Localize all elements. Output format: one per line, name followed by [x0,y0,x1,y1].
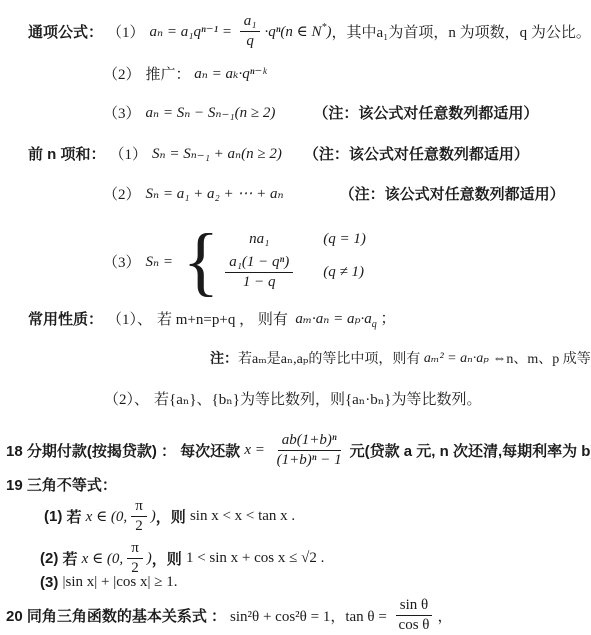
fraction-numerator: sin θ [396,596,432,616]
explanation-text: 元(贷款 a 元, n 次还清,每期利率为 b). [350,440,591,461]
section-heading-trig-identity: 20 同角三角函数的基本关系式 ： [6,605,226,626]
item-label: （2）、 [104,388,149,409]
section-heading-properties: 常用性质： [28,308,103,329]
item-label: （3） [103,251,141,272]
formula: |sin x| + |cos x| ≥ 1. [63,574,178,591]
fraction-numerator: a₁(1 − qⁿ) [225,253,293,273]
fraction-denominator: 2 [131,517,147,536]
ze-text: ，则 [156,506,190,527]
formula-line-trig-1: (1) 若 x ∈ (0, π 2 ) ，则 sin x < x < tan x… [44,495,295,537]
fraction-a1-over-q: a₁ q [240,12,261,51]
fraction-numerator: π [131,497,147,517]
fraction-numerator: ab(1+b)ⁿ [278,431,341,451]
formula-line-properties-2: （2）、 若{aₙ}、{bₙ}为等比数列，则{aₙ·bₙ}为等比数列。 [104,386,481,410]
statement-text: 每次还款 [176,440,244,461]
formula: aₘ² = aₙ·aₚ ⇔ [424,350,507,367]
case-condition: (q ≠ 1) [323,264,364,281]
math-formula-sheet: 通项公式： （1） aₙ = a₁qⁿ⁻¹ = a₁ q ·qⁿ(n ∈ N*)… [0,0,591,635]
formula: Sₙ = a₁ + a₂ + ⋯ + aₙ [146,184,284,203]
section-heading-sum: 前 n 项和： [28,143,106,164]
formula-part: 1 < sin x + cos x ≤ √2 . [186,550,324,567]
ruo-text: 若 [67,506,86,527]
note-text: （注：该公式对任意数列都适用） [340,183,565,204]
fraction-installment: ab(1+b)ⁿ (1+b)ⁿ − 1 [273,431,346,470]
fraction-denominator: (1+b)ⁿ − 1 [273,451,346,470]
piecewise-brace: { [183,226,219,296]
note-tail: n、m、p 成等比。 [506,348,591,368]
fraction-numerator: π [127,539,143,559]
formula-lhs: Sₙ = [146,252,177,271]
formula-part: ， [437,605,452,626]
item-name: 推广： [146,63,195,84]
section-heading-installment: 18 分期付款(按揭贷款) ： [6,440,176,461]
formula-line-sum-1: 前 n 项和： （1） Sₙ = Sₙ₋₁ + aₙ(n ≥ 2) （注：该公式… [28,141,529,165]
formula: aₙ = aₖ·qⁿ⁻ᵏ [194,64,266,83]
note-text: （注：该公式对任意数列都适用） [313,102,538,123]
formula-part: aₙ = a₁qⁿ⁻¹ = [150,22,236,41]
formula-lhs: x = [244,442,268,459]
item-label: (3) [40,574,63,591]
fraction-denominator: cos θ [395,616,434,635]
formula-line-properties-1: 常用性质： （1）、 若 m+n=p+q ， 则有 aₘ·aₙ = aₚ·aq … [28,306,396,330]
case-expression: na₁ [249,231,269,248]
fraction-denominator: 1 − q [239,273,280,292]
ruo-text: 若 [63,548,82,569]
fraction-numerator: a₁ [240,12,261,32]
item-label: （1）、 [107,308,152,329]
piecewise-cases: na₁ (q = 1) a₁(1 − qⁿ) 1 − q (q ≠ 1) [221,231,366,292]
formula-line-properties-note: 注： 若aₘ是aₙ,aₚ的等比中项，则有 aₘ² = aₙ·aₚ ⇔ n、m、p… [210,346,591,370]
fraction-geometric-sum: a₁(1 − qⁿ) 1 − q [225,253,293,292]
formula: aₙ = Sₙ − Sₙ₋₁(n ≥ 2) [146,103,276,122]
statement-text: 若{aₙ}、{bₙ}为等比数列，则{aₙ·bₙ}为等比数列。 [154,388,481,409]
formula-line-sum-2: （2） Sₙ = a₁ + a₂ + ⋯ + aₙ （注：该公式对任意数列都适用… [103,181,565,205]
formula-line-general-term-3: （3） aₙ = Sₙ − Sₙ₋₁(n ≥ 2) （注：该公式对任意数列都适用… [103,100,538,124]
item-label: （1） [110,143,148,164]
explanation-text: ，其中a₁为首项，n 为项数，q 为公比。 [332,21,591,42]
item-label: （2） [103,63,141,84]
item-label: （3） [103,102,141,123]
formula-part: ·qⁿ(n ∈ N*) [264,22,331,41]
case-condition: (q = 1) [323,231,366,248]
formula: Sₙ = Sₙ₋₁ + aₙ(n ≥ 2) [152,144,282,163]
note-text: 若aₘ是aₙ,aₚ的等比中项，则有 [238,348,424,368]
formula: aₘ·aₙ = aₚ·aq ； [295,307,395,330]
ze-text: ，则 [152,548,186,569]
item-label: （1） [107,21,145,42]
formula-line-sum-3-piecewise: （3） Sₙ = { na₁ (q = 1) a₁(1 − qⁿ) 1 − q … [103,220,366,302]
condition-text: 若 m+n=p+q ， 则有 [157,308,295,329]
section-heading-trig-inequality: 19 三角不等式： [6,474,117,494]
formula-part: x ∈ (0, [82,549,124,568]
formula-part: sin²θ + cos²θ = 1，tan θ = [230,605,391,626]
item-label: (2) [40,550,63,567]
note-text: （注：该公式对任意数列都适用） [304,143,529,164]
formula-line-trig-3: (3) |sin x| + |cos x| ≥ 1. [40,571,177,593]
formula-line-trig-identity: 20 同角三角函数的基本关系式 ： sin²θ + cos²θ = 1，tan … [6,594,453,635]
item-label: （2） [103,183,141,204]
fraction-sin-over-cos: sin θ cos θ [395,596,434,635]
note-label: 注： [210,348,238,368]
formula-part: sin x < x < tan x . [190,508,295,525]
formula-line-installment: 18 分期付款(按揭贷款) ： 每次还款 x = ab(1+b)ⁿ (1+b)ⁿ… [6,427,591,473]
item-label: (1) [44,508,67,525]
section-heading-general-term: 通项公式： [28,21,103,42]
formula-line-general-term-1: 通项公式： （1） aₙ = a₁qⁿ⁻¹ = a₁ q ·qⁿ(n ∈ N*)… [28,8,591,54]
fraction-pi-over-2: π 2 [131,497,147,536]
formula-line-general-term-2: （2） 推广： aₙ = aₖ·qⁿ⁻ᵏ [103,61,267,85]
formula-part: x ∈ (0, [86,507,128,526]
fraction-denominator: q [242,32,258,51]
